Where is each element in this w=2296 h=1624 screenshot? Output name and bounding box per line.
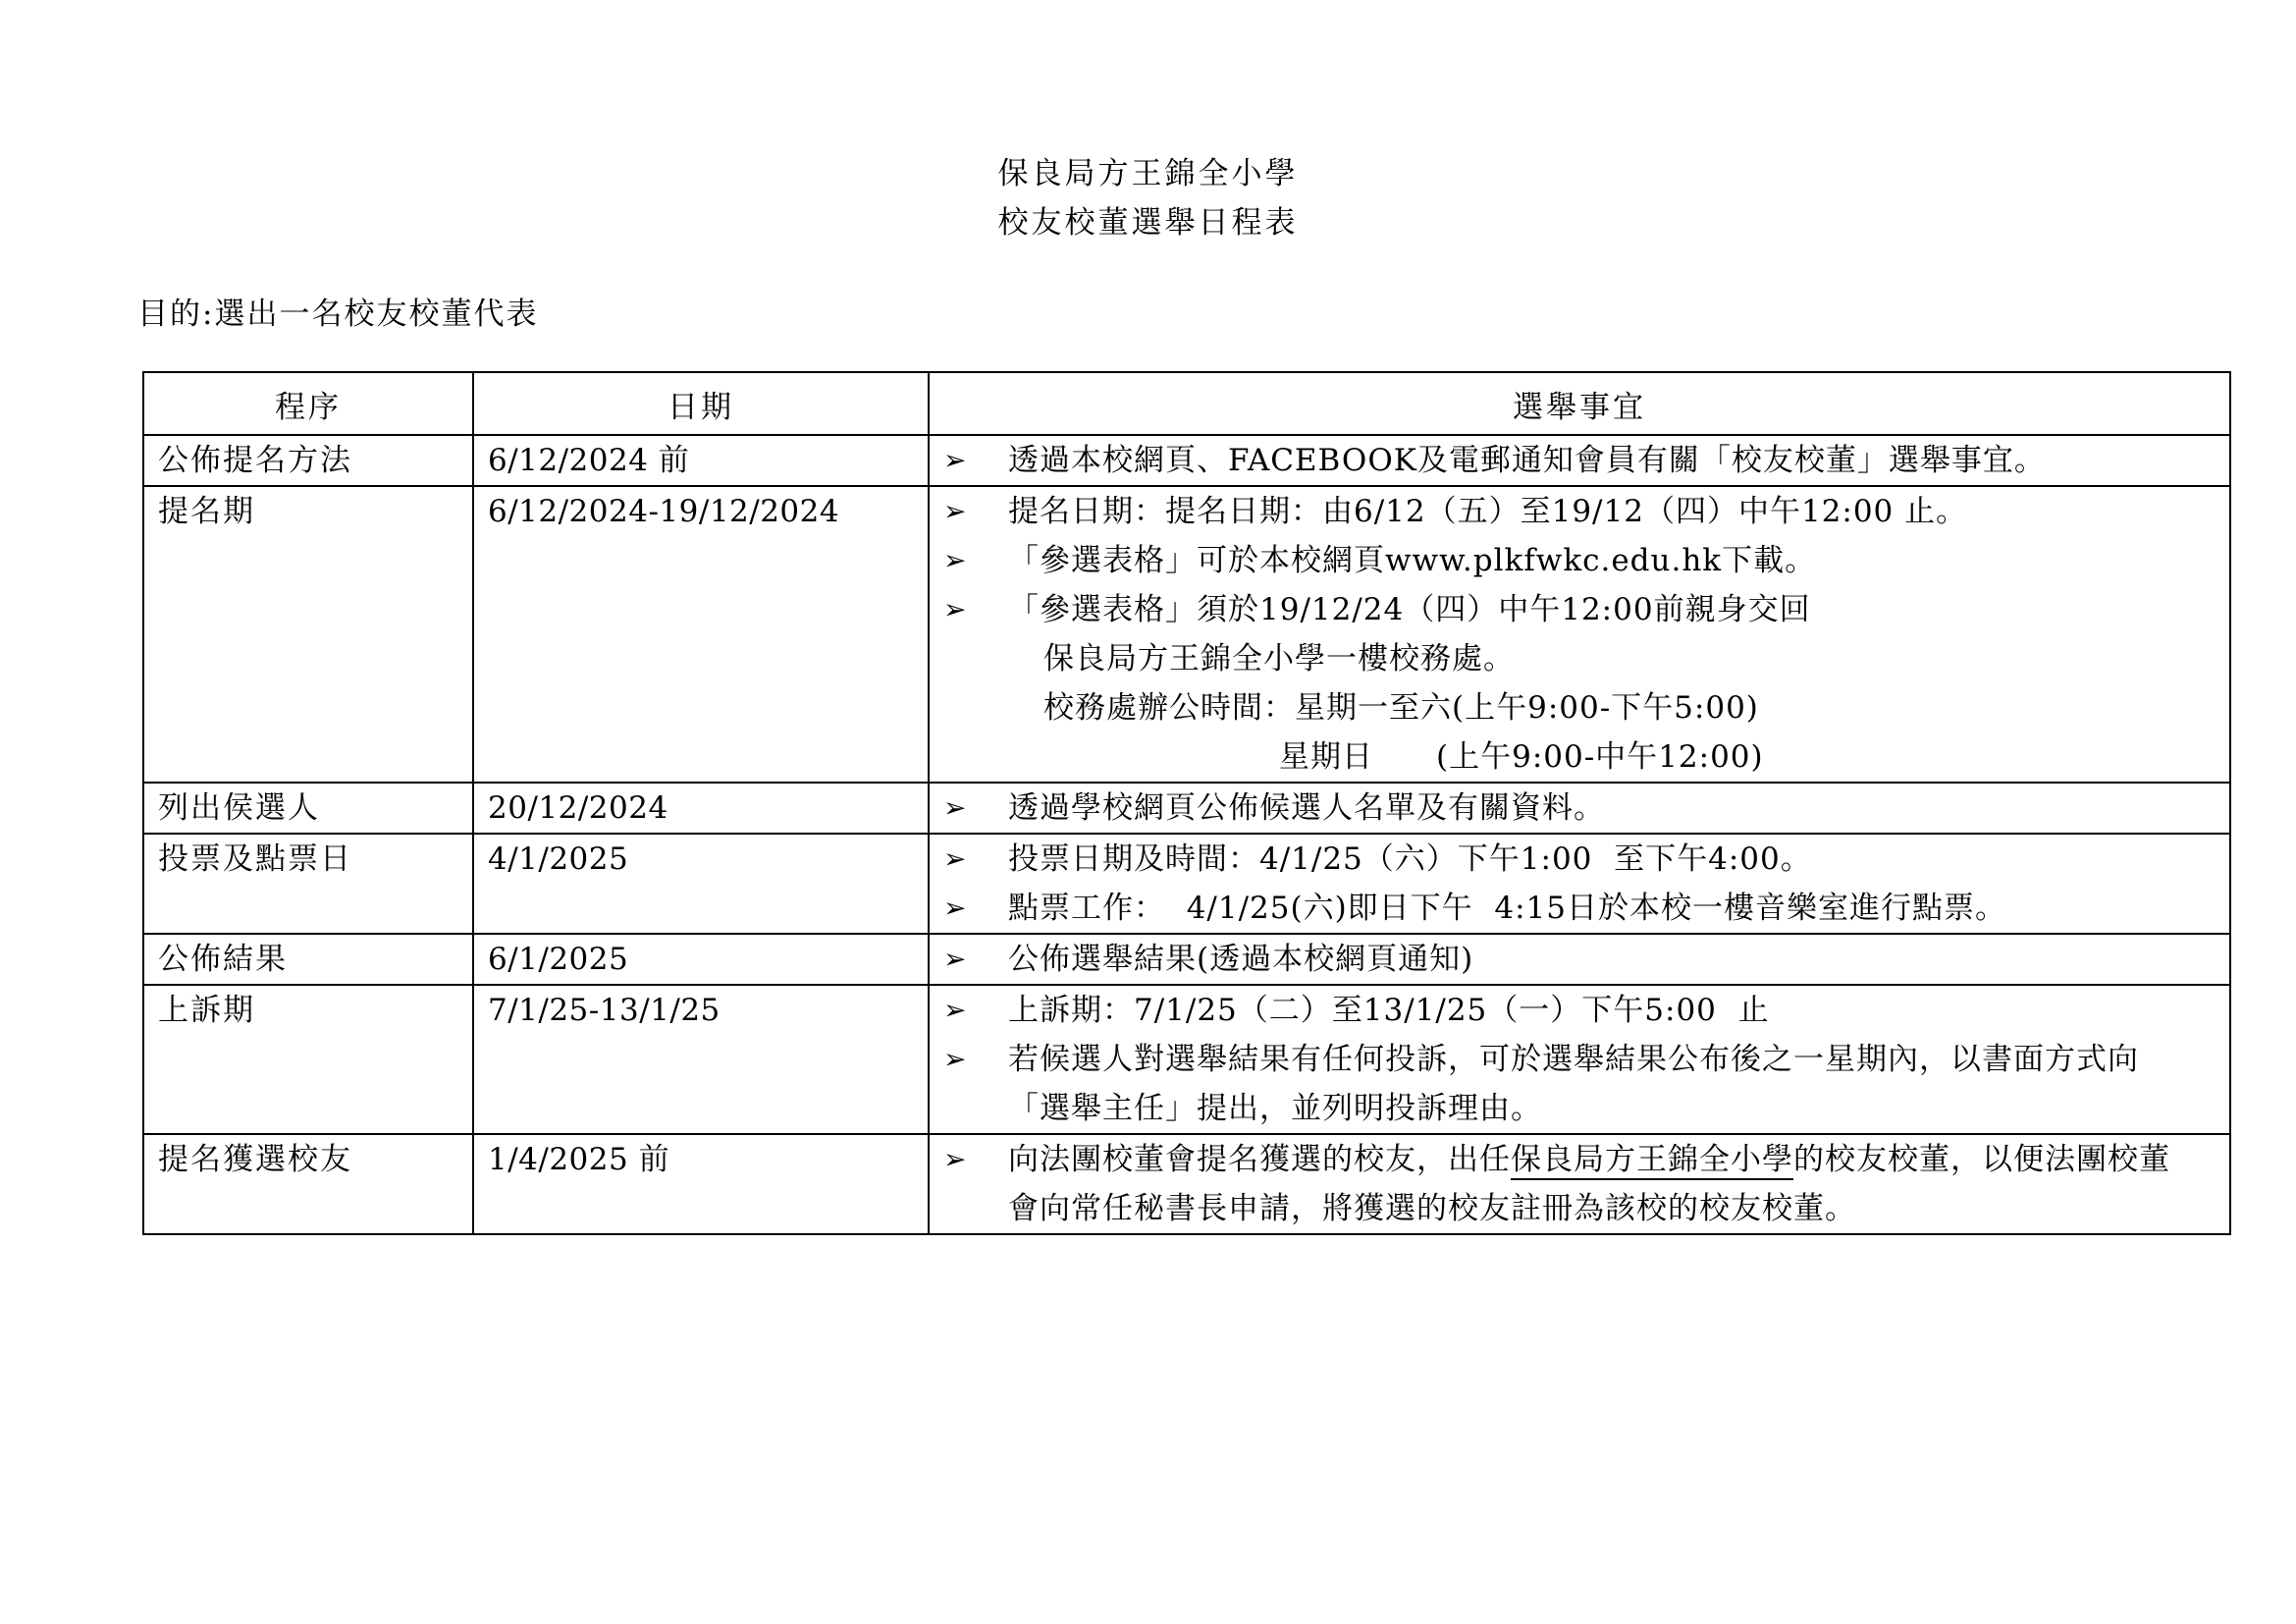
election-schedule-table: 程序 日期 選舉事宜 公佈提名方法 6/12/2024 前 ➢透過本校網頁、FA… bbox=[142, 371, 2231, 1235]
arrow-bullet-icon: ➢ bbox=[943, 1035, 966, 1084]
matters-text: 提名日期：提名日期：由6/12（五）至19/12（四）中午12:00 止。 bbox=[1008, 494, 1967, 529]
date-cell: 20/12/2024 bbox=[473, 783, 929, 834]
matters-cell: ➢提名日期：提名日期：由6/12（五）至19/12（四）中午12:00 止。 ➢… bbox=[929, 486, 2230, 783]
matters-line: ➢若候選人對選舉結果有任何投訴，可於選舉結果公布後之一星期內，以書面方式向 bbox=[939, 1035, 2221, 1084]
matters-cell: ➢向法團校董會提名獲選的校友，出任保良局方王錦全小學的校友校董，以便法團校董 會… bbox=[929, 1134, 2230, 1234]
procedure-cell: 公佈結果 bbox=[143, 934, 473, 985]
date-cell: 6/12/2024-19/12/2024 bbox=[473, 486, 929, 783]
date-cell: 6/12/2024 前 bbox=[473, 435, 929, 486]
matters-text-segment: 向法團校董會提名獲選的校友，出任 bbox=[1008, 1142, 1511, 1177]
column-header-procedure: 程序 bbox=[143, 372, 473, 435]
matters-line: 「選舉主任」提出，並列明投訴理由。 bbox=[939, 1084, 2221, 1133]
matters-cell: ➢透過學校網頁公佈候選人名單及有關資料。 bbox=[929, 783, 2230, 834]
matters-text: 「參選表格」可於本校網頁www.plkfwkc.edu.hk下載。 bbox=[1008, 543, 1816, 578]
procedure-cell: 提名獲選校友 bbox=[143, 1134, 473, 1234]
matters-text: 保良局方王錦全小學一樓校務處。 bbox=[1043, 641, 1515, 677]
matters-text: 會向常任秘書長申請，將獲選的校友註冊為該校的校友校董。 bbox=[1008, 1191, 1856, 1226]
matters-line: 保良局方王錦全小學一樓校務處。 bbox=[939, 634, 2221, 683]
table-row: 投票及點票日 4/1/2025 ➢投票日期及時間：4/1/25（六）下午1:00… bbox=[143, 834, 2230, 934]
table-row: 提名期 6/12/2024-19/12/2024 ➢提名日期：提名日期：由6/1… bbox=[143, 486, 2230, 783]
document-page: 保良局方王錦全小學 校友校董選舉日程表 目的:選出一名校友校董代表 程序 日期 … bbox=[0, 0, 2296, 1624]
matters-text: 公佈選舉結果(透過本校網頁通知) bbox=[1008, 942, 1473, 977]
arrow-bullet-icon: ➢ bbox=[943, 585, 966, 634]
matters-text: 向法團校董會提名獲選的校友，出任保良局方王錦全小學的校友校董，以便法團校董 bbox=[1008, 1142, 2170, 1180]
matters-line: ➢透過本校網頁、FACEBOOK及電郵通知會員有關「校友校董」選舉事宜。 bbox=[939, 436, 2221, 485]
procedure-cell: 上訴期 bbox=[143, 985, 473, 1134]
arrow-bullet-icon: ➢ bbox=[943, 536, 966, 585]
matters-line: ➢投票日期及時間：4/1/25（六）下午1:00 至下午4:00。 bbox=[939, 835, 2221, 884]
matters-cell: ➢投票日期及時間：4/1/25（六）下午1:00 至下午4:00。 ➢點票工作：… bbox=[929, 834, 2230, 934]
table-row: 公佈結果 6/1/2025 ➢公佈選舉結果(透過本校網頁通知) bbox=[143, 934, 2230, 985]
table-row: 公佈提名方法 6/12/2024 前 ➢透過本校網頁、FACEBOOK及電郵通知… bbox=[143, 435, 2230, 486]
matters-line: ➢提名日期：提名日期：由6/12（五）至19/12（四）中午12:00 止。 bbox=[939, 487, 2221, 536]
arrow-bullet-icon: ➢ bbox=[943, 1135, 966, 1184]
procedure-cell: 列出侯選人 bbox=[143, 783, 473, 834]
procedure-cell: 提名期 bbox=[143, 486, 473, 783]
purpose-text: 目的:選出一名校友校董代表 bbox=[137, 293, 538, 336]
matters-cell: ➢公佈選舉結果(透過本校網頁通知) bbox=[929, 934, 2230, 985]
matters-text: 若候選人對選舉結果有任何投訴，可於選舉結果公布後之一星期內，以書面方式向 bbox=[1008, 1042, 2139, 1077]
document-subtitle: 校友校董選舉日程表 bbox=[0, 198, 2296, 247]
date-cell: 6/1/2025 bbox=[473, 934, 929, 985]
matters-text: 透過學校網頁公佈候選人名單及有關資料。 bbox=[1008, 790, 1605, 826]
matters-cell: ➢透過本校網頁、FACEBOOK及電郵通知會員有關「校友校董」選舉事宜。 bbox=[929, 435, 2230, 486]
school-name-title: 保良局方王錦全小學 bbox=[0, 149, 2296, 198]
arrow-bullet-icon: ➢ bbox=[943, 986, 966, 1035]
date-cell: 1/4/2025 前 bbox=[473, 1134, 929, 1234]
matters-text: 校務處辦公時間：星期一至六(上午9:00-下午5:00) bbox=[1043, 690, 1759, 726]
arrow-bullet-icon: ➢ bbox=[943, 884, 966, 933]
matters-line: ➢「參選表格」須於19/12/24（四）中午12:00前親身交回 bbox=[939, 585, 2221, 634]
matters-text: 上訴期：7/1/25（二）至13/1/25（一）下午5:00 止 bbox=[1008, 993, 1770, 1028]
matters-line: ➢向法團校董會提名獲選的校友，出任保良局方王錦全小學的校友校董，以便法團校董 bbox=[939, 1135, 2221, 1184]
header-row: 程序 日期 選舉事宜 bbox=[143, 372, 2230, 435]
matters-line: ➢透過學校網頁公佈候選人名單及有關資料。 bbox=[939, 784, 2221, 833]
arrow-bullet-icon: ➢ bbox=[943, 487, 966, 536]
matters-text: 透過本校網頁、FACEBOOK及電郵通知會員有關「校友校董」選舉事宜。 bbox=[1008, 443, 2046, 478]
underlined-school-name: 保良局方王錦全小學 bbox=[1511, 1142, 1793, 1180]
arrow-bullet-icon: ➢ bbox=[943, 835, 966, 884]
matters-text: 投票日期及時間：4/1/25（六）下午1:00 至下午4:00。 bbox=[1008, 841, 1812, 877]
date-cell: 4/1/2025 bbox=[473, 834, 929, 934]
column-header-matters: 選舉事宜 bbox=[929, 372, 2230, 435]
column-header-date: 日期 bbox=[473, 372, 929, 435]
matters-text: 「選舉主任」提出，並列明投訴理由。 bbox=[1008, 1091, 1542, 1126]
procedure-cell: 投票及點票日 bbox=[143, 834, 473, 934]
arrow-bullet-icon: ➢ bbox=[943, 935, 966, 984]
matters-line: 星期日 (上午9:00-中午12:00) bbox=[939, 732, 2221, 782]
matters-line: 校務處辦公時間：星期一至六(上午9:00-下午5:00) bbox=[939, 683, 2221, 732]
matters-text: 「參選表格」須於19/12/24（四）中午12:00前親身交回 bbox=[1008, 592, 1811, 627]
table-row: 上訴期 7/1/25-13/1/25 ➢上訴期：7/1/25（二）至13/1/2… bbox=[143, 985, 2230, 1134]
arrow-bullet-icon: ➢ bbox=[943, 784, 966, 833]
matters-text-segment: 的校友校董，以便法團校董 bbox=[1793, 1142, 2170, 1177]
date-cell: 7/1/25-13/1/25 bbox=[473, 985, 929, 1134]
matters-text: 星期日 (上午9:00-中午12:00) bbox=[1279, 739, 1764, 775]
matters-cell: ➢上訴期：7/1/25（二）至13/1/25（一）下午5:00 止 ➢若候選人對… bbox=[929, 985, 2230, 1134]
matters-line: ➢點票工作： 4/1/25(六)即日下午 4:15日於本校一樓音樂室進行點票。 bbox=[939, 884, 2221, 933]
matters-line: ➢公佈選舉結果(透過本校網頁通知) bbox=[939, 935, 2221, 984]
procedure-cell: 公佈提名方法 bbox=[143, 435, 473, 486]
matters-line: ➢上訴期：7/1/25（二）至13/1/25（一）下午5:00 止 bbox=[939, 986, 2221, 1035]
matters-line: 會向常任秘書長申請，將獲選的校友註冊為該校的校友校董。 bbox=[939, 1184, 2221, 1233]
matters-line: ➢「參選表格」可於本校網頁www.plkfwkc.edu.hk下載。 bbox=[939, 536, 2221, 585]
table-row: 列出侯選人 20/12/2024 ➢透過學校網頁公佈候選人名單及有關資料。 bbox=[143, 783, 2230, 834]
arrow-bullet-icon: ➢ bbox=[943, 436, 966, 485]
document-title-block: 保良局方王錦全小學 校友校董選舉日程表 bbox=[0, 149, 2296, 247]
matters-text: 點票工作： 4/1/25(六)即日下午 4:15日於本校一樓音樂室進行點票。 bbox=[1008, 891, 2006, 926]
table-row: 提名獲選校友 1/4/2025 前 ➢向法團校董會提名獲選的校友，出任保良局方王… bbox=[143, 1134, 2230, 1234]
